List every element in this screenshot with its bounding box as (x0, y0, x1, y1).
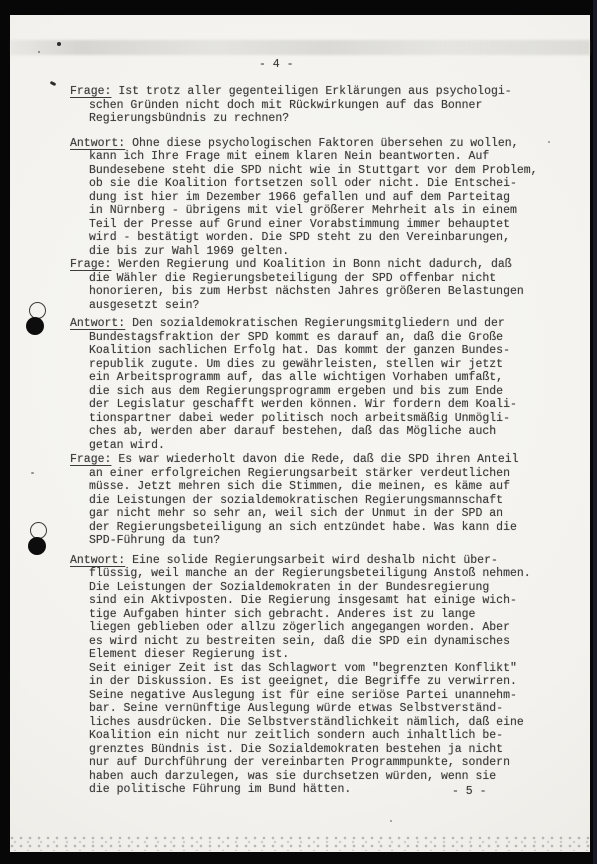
text-line: die Wähler die Regierungsbeteiligung der… (70, 272, 570, 286)
ink-speck (57, 42, 61, 46)
text-line: ein Arbeitsprogramm auf, das alle wichti… (70, 371, 570, 385)
qa-block: Antwort: Ohne diese psychologischen Fakt… (70, 137, 570, 259)
text-line: Seine negative Auslegung ist für eine se… (70, 689, 570, 703)
qa-block: Frage: Es war wiederholt davon die Rede,… (70, 453, 570, 548)
text-line: grenztes Bündnis ist. Die Sozialdemokrat… (70, 743, 570, 757)
page-number-top: - 4 - (259, 58, 294, 72)
text-line: wird - bestätigt worden. Die SPD steht z… (70, 231, 570, 245)
text-line: liches ausdrücken. Die Selbstverständlic… (70, 716, 570, 730)
text-line: schen Gründen nicht doch mit Rückwirkung… (70, 99, 570, 113)
text-line: Bundestagsfraktion der SPD kommt es dara… (70, 331, 570, 345)
qa-label: Antwort: (70, 137, 125, 150)
text-line: in Nürnberg - übrigens mit viel größerer… (70, 204, 570, 218)
text-line: der Legislatur geschafft werden können. … (70, 398, 570, 412)
text-line: Regierungsbündnis zu rechnen? (70, 112, 570, 126)
qa-block: Frage: Ist trotz aller gegenteiligen Erk… (70, 85, 570, 126)
text-line: Koalition sachlichen Erfolg hat. Das kom… (70, 344, 570, 358)
text-line: Die Leistungen der Sozialdemokraten in d… (70, 581, 570, 595)
text-line: sind ein Aktivposten. Die Regierung insg… (70, 594, 570, 608)
qa-block: Frage: Werden Regierung und Koalition in… (70, 258, 570, 312)
text-line: Bundesebene steht die SPD nicht wie in S… (70, 164, 570, 178)
text-line: honorieren, bis zum Herbst nächsten Jahr… (70, 285, 570, 299)
qa-label: Frage: (70, 258, 111, 271)
qa-block: Seit einiger Zeit ist das Schlagwort vom… (70, 662, 570, 797)
text-line: Antwort: Eine solide Regierungsarbeit wi… (70, 554, 570, 568)
text-line: Antwort: Ohne diese psychologischen Fakt… (70, 137, 570, 151)
text-line: die Leistungen der sozialdemokratischen … (70, 494, 570, 508)
ink-speck (38, 51, 40, 53)
text-line: gar nicht mehr so sehr an, weil sich der… (70, 507, 570, 521)
scanned-document-page: - 4 - Frage: Ist trotz aller gegenteilig… (0, 0, 597, 864)
text-line: tionspartner dabei weder politisch noch … (70, 412, 570, 426)
text-line: Seit einiger Zeit ist das Schlagwort vom… (70, 662, 570, 676)
qa-block: Antwort: Den sozialdemokratischen Regier… (70, 317, 570, 452)
text-line: haben auch darzulegen, was sie durchsetz… (70, 770, 570, 784)
text-line: in der Diskussion. Es ist geeignet, die … (70, 675, 570, 689)
scan-smudge-band (10, 40, 590, 55)
qa-label: Frage: (70, 85, 111, 98)
qa-block: Antwort: Eine solide Regierungsarbeit wi… (70, 554, 570, 662)
ink-speck (31, 472, 34, 474)
text-line: SPD-Führung da tun? (70, 534, 570, 548)
text-line: republik zugute. Um dies zu gewährleiste… (70, 358, 570, 372)
text-line: flüssig, weil manche an der Regierungsbe… (70, 567, 570, 581)
text-line: an einer erfolgreichen Regierungsarbeit … (70, 467, 570, 481)
scan-edge-strip (593, 0, 597, 864)
text-line: liegen geblieben oder allzu zögerlich an… (70, 621, 570, 635)
text-line: bar. Seine vernünftige Auslegung würde e… (70, 702, 570, 716)
text-line: müsse. Jetzt mehren sich die Stimmen, di… (70, 480, 570, 494)
text-line: ausgesetzt sein? (70, 299, 570, 313)
text-line: die sich aus dem Regierungsprogramm erge… (70, 385, 570, 399)
page-number-bottom: - 5 - (452, 785, 487, 799)
text-line: der Regierungsbeteiligung an sich entzün… (70, 521, 570, 535)
text-line: es wird nicht zu bestreiten sein, daß di… (70, 635, 570, 649)
text-line: Frage: Werden Regierung und Koalition in… (70, 258, 570, 272)
text-line: nur auf Durchführung der vereinbarten Pr… (70, 756, 570, 770)
text-line: getan wird. (70, 439, 570, 453)
text-line: Teil der Presse auf Grund einer Vorabsti… (70, 218, 570, 232)
text-line: die bis zur Wahl 1969 gelten. (70, 245, 570, 259)
text-line: die politische Führung im Bund hätten. (70, 783, 570, 797)
qa-label: Antwort: (70, 554, 125, 567)
text-line: Frage: Es war wiederholt davon die Rede,… (70, 453, 570, 467)
text-line: Antwort: Den sozialdemokratischen Regier… (70, 317, 570, 331)
hole-punch-mark-icon (26, 317, 44, 335)
document-body: Frage: Ist trotz aller gegenteiligen Erk… (70, 85, 570, 797)
text-line: Koalition ein nicht nur zeitlich sondern… (70, 729, 570, 743)
qa-label: Antwort: (70, 317, 125, 330)
text-line: Frage: Ist trotz aller gegenteiligen Erk… (70, 85, 570, 99)
hole-punch-mark-icon (28, 537, 46, 555)
qa-label: Frage: (70, 453, 111, 466)
scan-speckle-band (10, 836, 590, 851)
text-line: ob sie die Koalition fortsetzen soll ode… (70, 177, 570, 191)
ink-speck (390, 820, 392, 822)
text-line: tige Aufgaben hinter sich gebracht. Ande… (70, 608, 570, 622)
text-line: ches ab, werden aber darauf bestehen, da… (70, 425, 570, 439)
text-line: dung ist hier im Dezember 1966 gefallen … (70, 191, 570, 205)
text-line: kann ich Ihre Frage mit einem klaren Nei… (70, 150, 570, 164)
text-line: Element dieser Regierung ist. (70, 648, 570, 662)
